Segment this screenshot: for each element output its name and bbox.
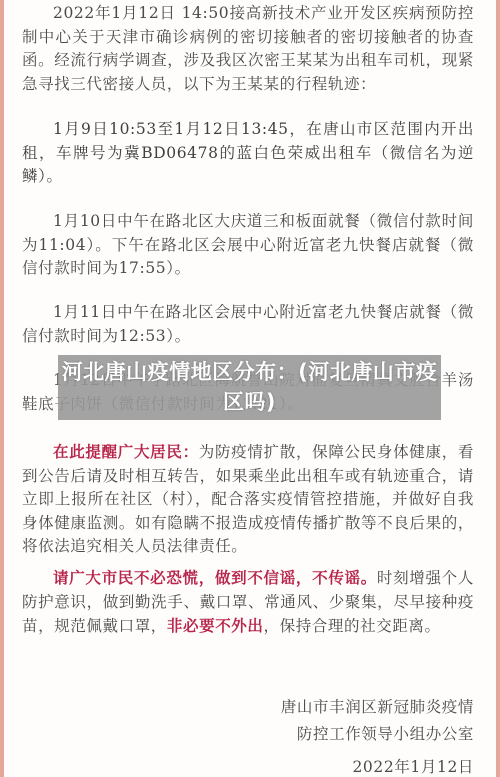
reminder-paragraph: 在此提醒广大居民：为防疫情扩散，保障公民身体健康，看到公告后请及时相互转告，如果… — [22, 440, 474, 559]
signature-date: 2022年1月12日 — [352, 755, 474, 777]
trajectory-item-3: 1月11日中午在路北区会展中心附近富老九快餐店就餐（微信付款时间为12:53）。 — [22, 301, 474, 348]
appeal-body-2: ，保持合理的社交距离。 — [264, 617, 441, 635]
intro-paragraph: 2022年1月12日 14:50接高新技术产业开发区疾病预防控制中心关于天津市确… — [22, 2, 474, 96]
overlay-title: 河北唐山疫情地区分布：(河北唐山市疫区吗) — [58, 357, 441, 417]
signature-org-line2: 防控工作领导小组办公室 — [297, 722, 474, 744]
appeal-lead: 请广大市民不必恐慌，做到不信谣，不传谣。 — [53, 568, 377, 587]
trajectory-item-2: 1月10日中午在路北区大庆道三和板面就餐（微信付款时间为11:04）。下午在路北… — [22, 210, 474, 281]
trajectory-item-1: 1月9日10:53至1月12日13:45，在唐山市区范围内开出租，车牌号为冀BD… — [22, 118, 474, 189]
appeal-paragraph: 请广大市民不必恐慌，做到不信谣，不传谣。时刻增强个人防护意识，做到勤洗手、戴口罩… — [22, 566, 474, 639]
reminder-lead: 在此提醒广大居民： — [53, 442, 199, 461]
appeal-red-2: 非必要不外出 — [167, 616, 264, 635]
signature-org-line1: 唐山市丰润区新冠肺炎疫情 — [281, 695, 474, 717]
